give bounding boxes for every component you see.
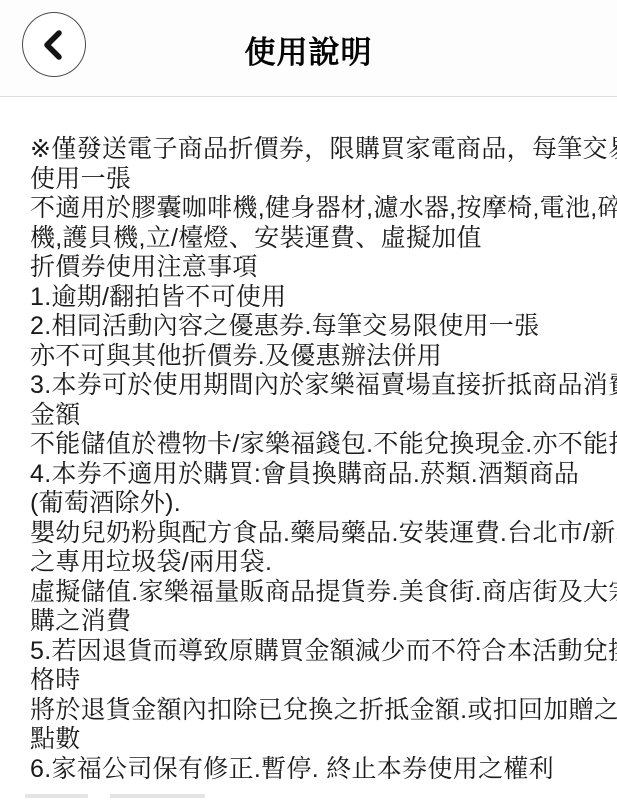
text-line: 亦不可與其他折價券.及優惠辦法併用 bbox=[30, 342, 597, 372]
text-line: 虛擬儲值.家樂福量販商品提貨券.美食街.商店街及大宗採 bbox=[30, 578, 597, 608]
text-line: 將於退貨金額內扣除已兌換之折抵金額.或扣回加贈之紅利 bbox=[30, 696, 597, 726]
clipped-glyph-fragment bbox=[25, 794, 88, 798]
header: 使用說明 bbox=[0, 0, 617, 97]
clipped-next-line bbox=[0, 792, 617, 800]
clipped-glyph-fragment bbox=[110, 794, 205, 798]
text-line: 嬰幼兒奶粉與配方食品.藥局藥品.安裝運費.台北市/新北市 bbox=[30, 519, 597, 549]
text-line: 3.本券可於使用期間內於家樂福賣場直接折抵商品消費 bbox=[30, 371, 597, 401]
usage-instructions-screen: 使用說明 ※僅發送電子商品折價券，限購買家電商品，每筆交易限使用一張不適用於膠囊… bbox=[0, 0, 617, 800]
text-line: (葡萄酒除外). bbox=[30, 489, 597, 519]
text-line: 使用一張 bbox=[30, 165, 597, 195]
text-line: ※僅發送電子商品折價券，限購買家電商品，每筆交易限 bbox=[30, 135, 597, 165]
text-line: 格時 bbox=[30, 666, 597, 696]
text-line: 折價券使用注意事項 bbox=[30, 253, 597, 283]
instructions-text: ※僅發送電子商品折價券，限購買家電商品，每筆交易限使用一張不適用於膠囊咖啡機,健… bbox=[0, 97, 617, 800]
text-line: 點數 bbox=[30, 725, 597, 755]
text-line: 之專用垃圾袋/兩用袋. bbox=[30, 548, 597, 578]
text-line: 機,護貝機,立/檯燈、安裝運費、虛擬加值 bbox=[30, 224, 597, 254]
text-line: 6.家福公司保有修正.暫停. 終止本券使用之權利 bbox=[30, 755, 597, 785]
text-line: 不適用於膠囊咖啡機,健身器材,濾水器,按摩椅,電池,碎紙 bbox=[30, 194, 597, 224]
text-line: 金額 bbox=[30, 401, 597, 431]
text-line: 5.若因退貨而導致原購買金額減少而不符合本活動兌換資 bbox=[30, 637, 597, 667]
text-line: 購之消費 bbox=[30, 607, 597, 637]
text-line: 1.逾期/翻拍皆不可使用 bbox=[30, 283, 597, 313]
text-line: 不能儲值於禮物卡/家樂福錢包.不能兌換現金.亦不能找零 bbox=[30, 430, 597, 460]
text-line: 2.相同活動內容之優惠券.每筆交易限使用一張 bbox=[30, 312, 597, 342]
text-line: 4.本券不適用於購買:會員換購商品.菸類.酒類商品 bbox=[30, 460, 597, 490]
page-title: 使用說明 bbox=[0, 27, 617, 72]
